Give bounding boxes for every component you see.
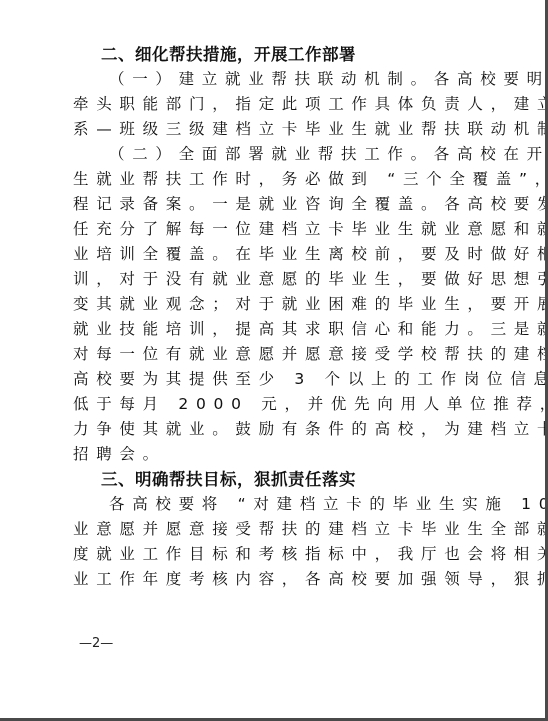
text-line: 变其就业观念；对于就业困难的毕业生，要开展心理辅导，加强 xyxy=(73,292,477,317)
text-line: 招聘会。 xyxy=(73,442,477,467)
text-line: 高校要为其提供至少 3 个以上的工作岗位信息，且岗位薪酬不得 xyxy=(73,367,477,392)
document-body: 二、细化帮扶措施，开展工作部署 （一）建立就业帮扶联动机制。各高校要明确分管负责… xyxy=(73,42,477,592)
text-line: 任充分了解每一位建档立卡毕业生就业意愿和就业困难。二是就 xyxy=(73,217,477,242)
document-page: 二、细化帮扶措施，开展工作部署 （一）建立就业帮扶联动机制。各高校要明确分管负责… xyxy=(0,0,545,718)
page-number: —2— xyxy=(79,636,113,652)
paragraph-3: 各高校要将 “对建档立卡的毕业生实施 100%的帮扶和有就 业意愿并愿意接受帮扶… xyxy=(73,492,477,592)
text-line: 业工作年度考核内容，各高校要加强领导，狠抓落实，做好督查， xyxy=(73,567,477,592)
text-line: （二）全面部署就业帮扶工作。各高校在开展建档立卡毕业 xyxy=(73,142,477,167)
text-line: 业意愿并愿意接受帮扶的建档立卡毕业生全部就业”纳入学校年 xyxy=(73,517,477,542)
text-line: （一）建立就业帮扶联动机制。各高校要明确分管负责人和 xyxy=(73,67,477,92)
text-line: 生就业帮扶工作时，务必做到 “三个全覆盖”，并对帮扶工作全 xyxy=(73,167,477,192)
paragraph-2: （二）全面部署就业帮扶工作。各高校在开展建档立卡毕业 生就业帮扶工作时，务必做到… xyxy=(73,142,477,467)
text-line: 对每一位有就业意愿并愿意接受学校帮扶的建档立卡毕业生，各 xyxy=(73,342,477,367)
text-line: 程记录备案。一是就业咨询全覆盖。各高校要发动辅导员、班主 xyxy=(73,192,477,217)
text-line: 就业技能培训，提高其求职信心和能力。三是就业推荐全覆盖。 xyxy=(73,317,477,342)
text-line: 度就业工作目标和考核指标中，我厅也会将相关指标纳入全区就 xyxy=(73,542,477,567)
text-line: 牵头职能部门，指定此项工作具体负责人，建立和完善校级—院 xyxy=(73,92,477,117)
section-heading-3: 三、明确帮扶目标，狠抓责任落实 xyxy=(73,467,477,492)
text-line: 低于每月 2000 元，并优先向用人单位推荐，在毕业生离校前， xyxy=(73,392,477,417)
text-line: 各高校要将 “对建档立卡的毕业生实施 100%的帮扶和有就 xyxy=(73,492,477,517)
text-line: 力争使其就业。鼓励有条件的高校，为建档立卡毕业生举办专场 xyxy=(73,417,477,442)
text-line: 系—班级三级建档立卡毕业生就业帮扶联动机制。 xyxy=(73,117,477,142)
paragraph-1: （一）建立就业帮扶联动机制。各高校要明确分管负责人和 牵头职能部门，指定此项工作… xyxy=(73,67,477,142)
text-line: 训，对于没有就业意愿的毕业生，要做好思想引导工作，努力转 xyxy=(73,267,477,292)
section-heading-2: 二、细化帮扶措施，开展工作部署 xyxy=(73,42,477,67)
text-line: 业培训全覆盖。在毕业生离校前，要及时做好相关毕业生就业培 xyxy=(73,242,477,267)
